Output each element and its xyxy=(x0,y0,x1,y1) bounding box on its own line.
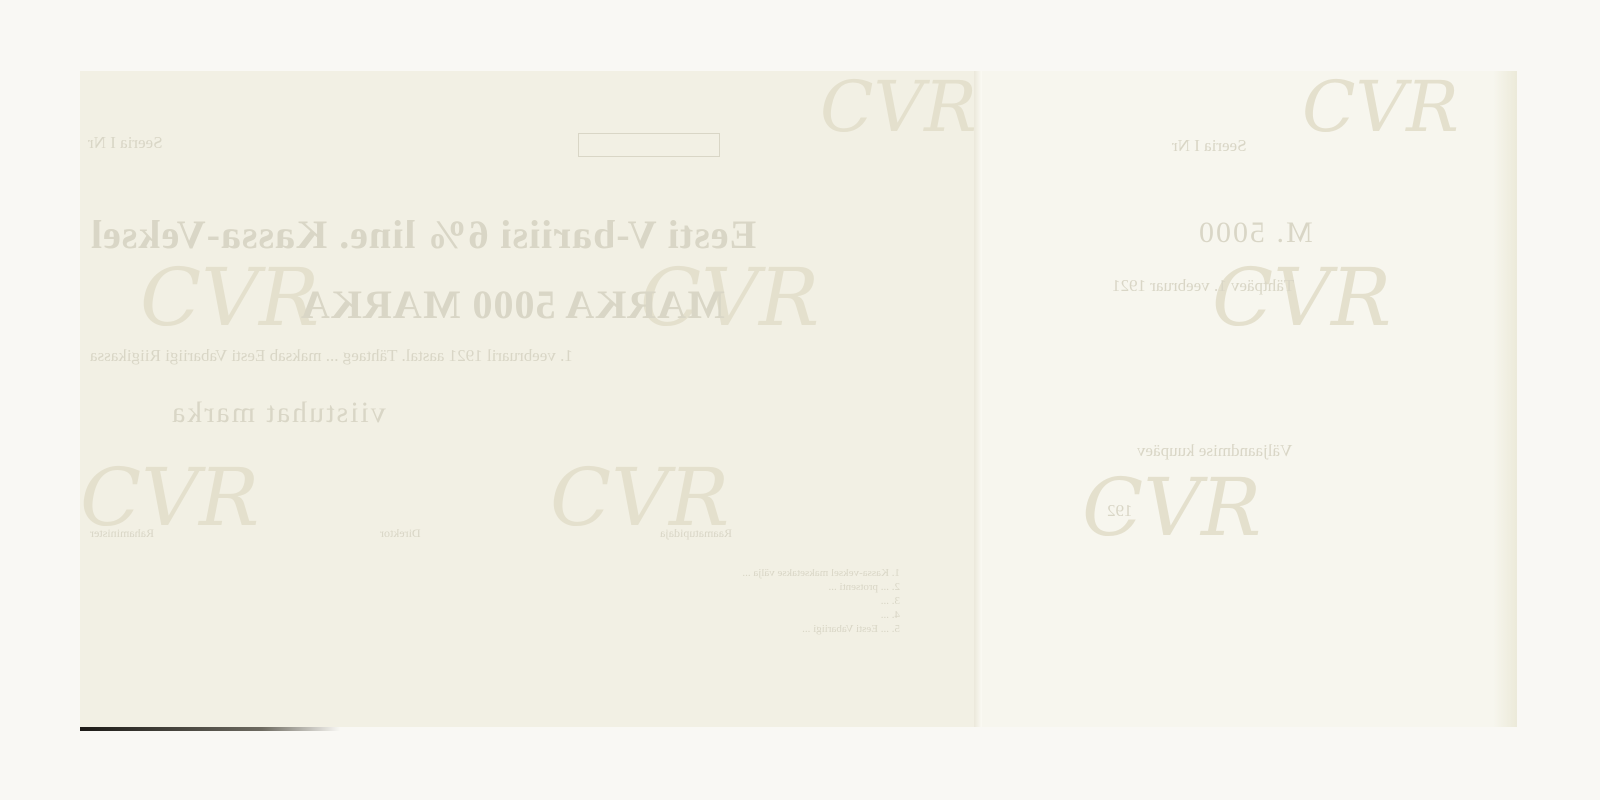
amount-line: MARKA 5000 MARKA xyxy=(300,281,725,328)
document-sheet: ϹVR ϹVR ϹVR ϹVR ϹVR Seeria I Nr Eesti V-… xyxy=(80,71,1517,727)
watermark: ϹVR xyxy=(820,66,977,148)
scan-shadow xyxy=(80,727,340,731)
signature-label: Rahaminister xyxy=(90,526,154,541)
stub-year: 192 xyxy=(1107,501,1133,521)
fine-print: 1. Kassa-veksel maksetakse välja ... 2. … xyxy=(140,566,900,636)
watermark: ϹVR xyxy=(140,251,319,344)
main-panel: ϹVR ϹVR ϹVR ϹVR ϹVR Seeria I Nr Eesti V-… xyxy=(80,71,974,727)
serial-box xyxy=(578,133,720,157)
signature-label: Direktor xyxy=(380,526,421,541)
stub-amount: M. 5000 xyxy=(1197,216,1313,250)
date-line: 1. veebruaril 1921 aastal. Tähtaeg ... m… xyxy=(90,346,573,366)
watermark: ϹVR xyxy=(1302,66,1459,148)
amount-words: viistuhat marka xyxy=(170,396,386,430)
series-line: Seeria I Nr xyxy=(88,133,163,153)
stub-date-line: Tähtpäev 1. veebruar 1921 xyxy=(1112,276,1294,296)
stub-series-line: Seeria I Nr xyxy=(1172,136,1247,156)
perforation-fold xyxy=(974,71,982,727)
stub-panel: ϹVR ϹVR ϹVR Seeria I Nr M. 5000 Tähtpäev… xyxy=(982,71,1517,727)
watermark: ϹVR xyxy=(1212,251,1391,344)
note-title: Eesti V-bariisi 6% line. Kassa-Veksel xyxy=(90,211,756,258)
signature-label: Raamatupidaja xyxy=(660,526,732,541)
stub-issuer-line: Väljaandmise kuupäev xyxy=(1137,441,1292,461)
